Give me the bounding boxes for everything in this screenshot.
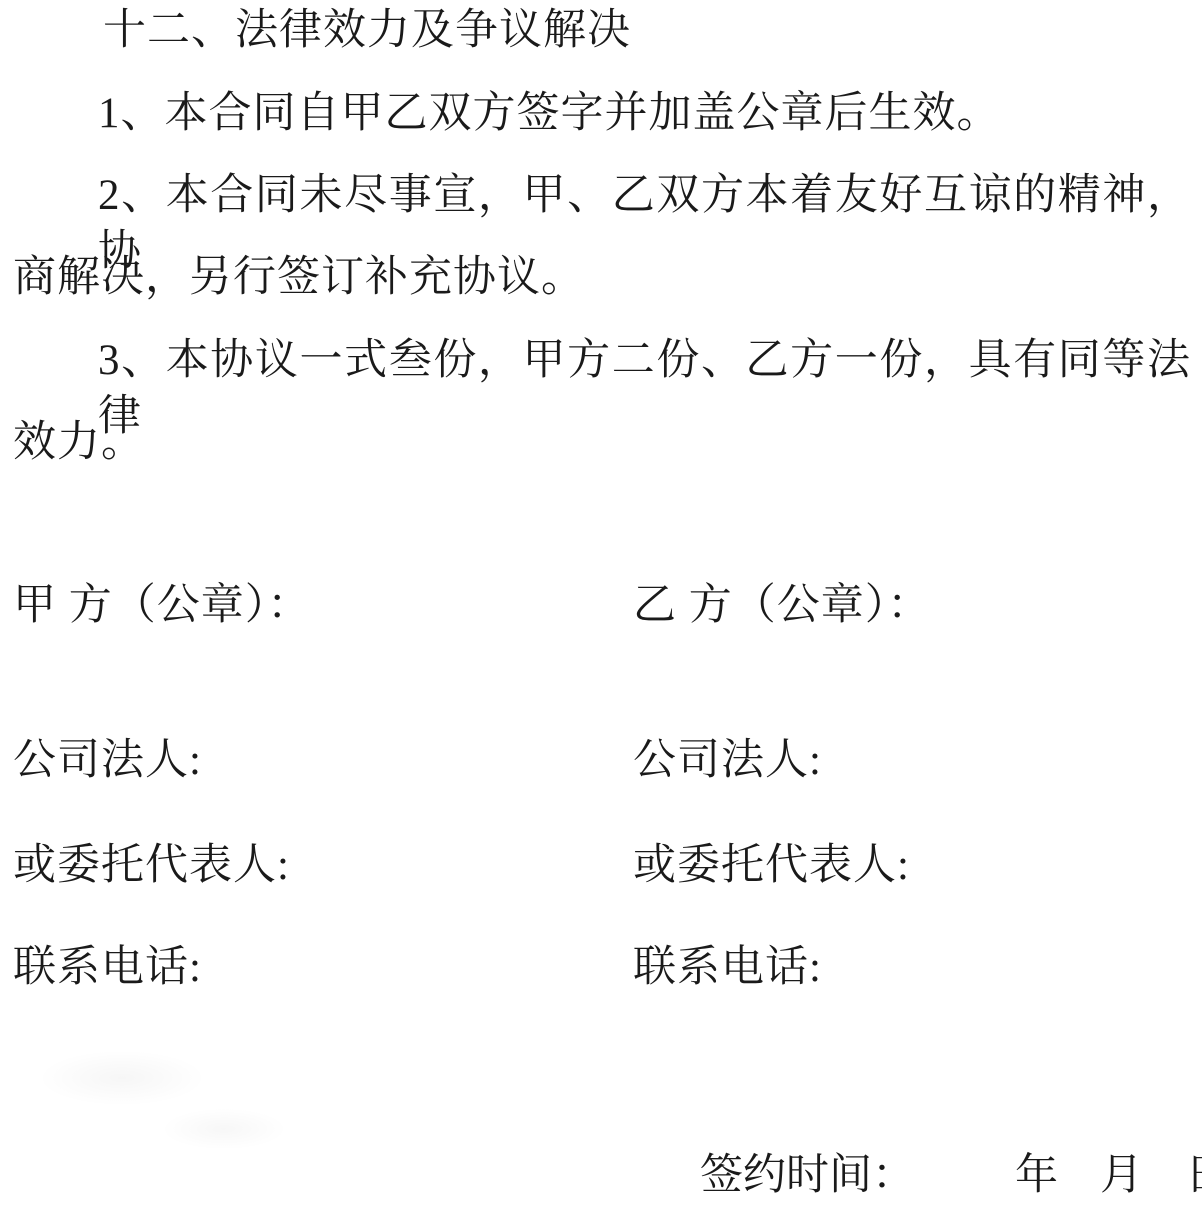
- signing-date-label: 签约时间：: [700, 1148, 915, 1204]
- month-label: 月: [1100, 1148, 1143, 1204]
- party-b-seal-label: 乙 方（公章）：: [633, 578, 931, 634]
- clause-3-line-1: 3、本协议一式叁份，甲方二份、乙方一份，具有同等法律: [98, 333, 1190, 445]
- day-label: 日: [1185, 1148, 1202, 1204]
- clause-3-line-2: 效力。: [13, 415, 145, 471]
- contract-document-page: 十二、法律效力及争议解决 1、本合同自甲乙双方签字并加盖公章后生效。 2、本合同…: [0, 0, 1202, 1211]
- party-seal-row: 甲 方（公章）： 乙 方（公章）：: [13, 578, 1190, 634]
- year-label: 年: [1015, 1148, 1058, 1204]
- authorized-agent-row: 或委托代表人: 或委托代表人:: [13, 838, 1190, 894]
- party-a-agent-label: 或委托代表人:: [13, 838, 290, 894]
- party-a-phone-label: 联系电话:: [13, 940, 202, 996]
- party-a-legal-rep-label: 公司法人:: [13, 733, 202, 789]
- clause-2-line-2: 商解决，另行签订补充协议。: [13, 250, 585, 306]
- party-a-seal-label: 甲 方（公章）：: [13, 578, 311, 634]
- party-b-phone-label: 联系电话:: [633, 940, 822, 996]
- contact-phone-row: 联系电话: 联系电话:: [13, 940, 1190, 996]
- scan-artifact: [20, 1010, 360, 1180]
- legal-rep-row: 公司法人: 公司法人:: [13, 733, 1190, 789]
- party-b-legal-rep-label: 公司法人:: [633, 733, 822, 789]
- signing-date-row: 签约时间： 年 月 日: [700, 1148, 1202, 1204]
- party-b-agent-label: 或委托代表人:: [633, 838, 910, 894]
- section-heading: 十二、法律效力及争议解决: [103, 3, 631, 59]
- clause-1: 1、本合同自甲乙双方签字并加盖公章后生效。: [98, 86, 1001, 142]
